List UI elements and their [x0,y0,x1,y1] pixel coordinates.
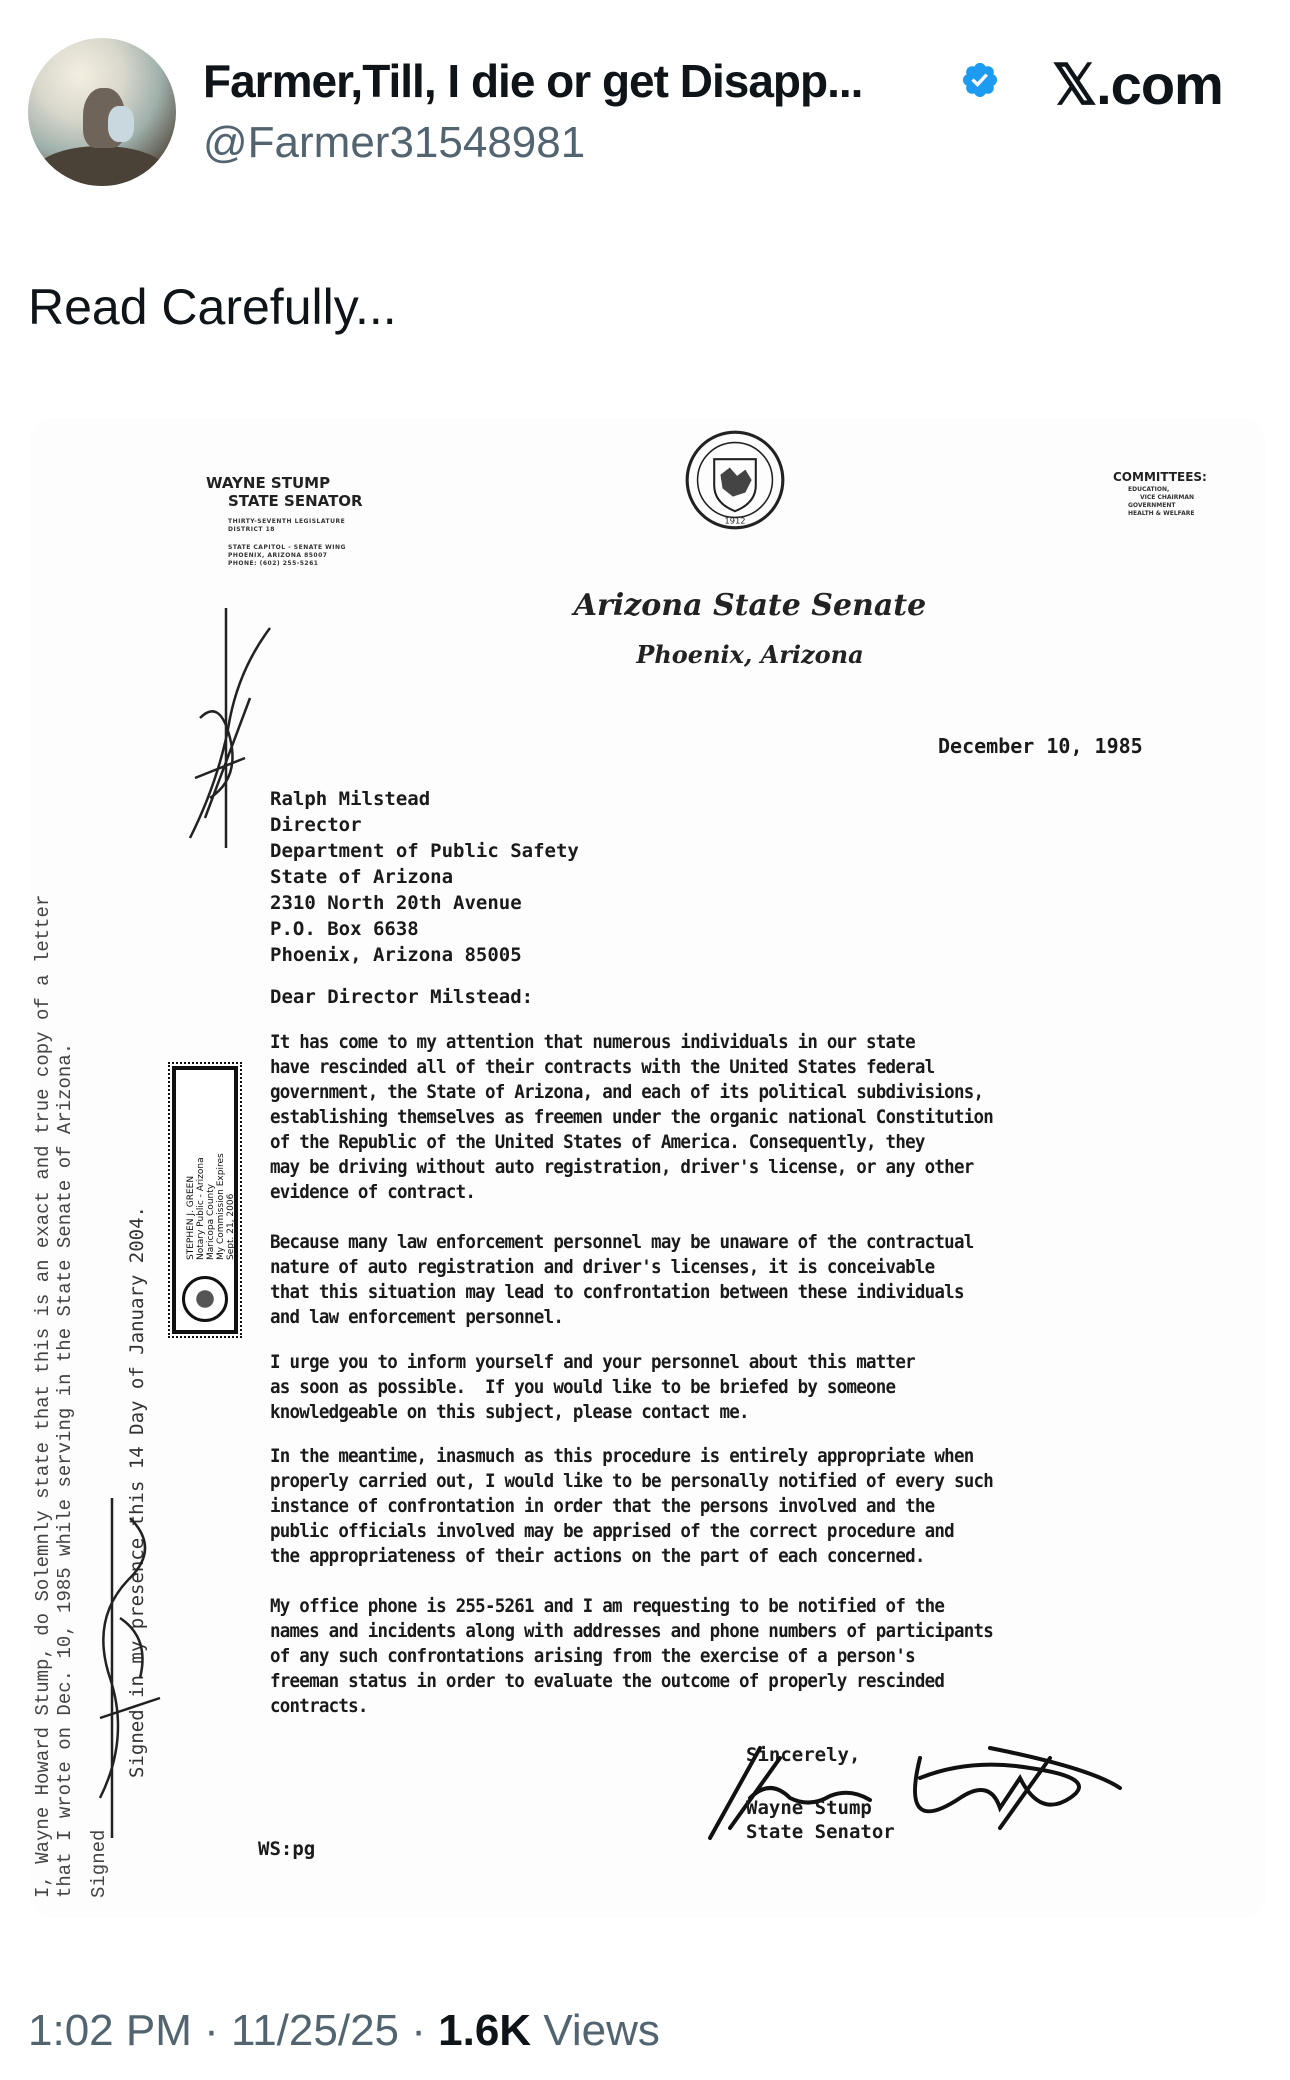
avatar-rock [36,146,166,186]
display-name[interactable]: Farmer,Till, I die or get Disapp... [203,54,862,108]
separator: · [411,2006,426,2055]
letterhead-title: STATE SENATOR [206,492,363,510]
letterhead-name: WAYNE STUMP [206,474,363,492]
notary-stamp-text: STEPHEN J. GREEN Notary Public - Arizona… [186,1153,236,1260]
signer-title: State Senator [746,1820,895,1844]
letterhead-legislature-block: THIRTY-SEVENTH LEGISLATURE DISTRICT 18 [228,518,345,534]
notary-stamp-line: Maricopa County [206,1153,216,1260]
attestation-line-2: that I wrote on Dec. 10, 1985 while serv… [54,895,76,1898]
paragraph-5: My office phone is 255-5261 and I am req… [270,1594,993,1719]
committee-item: EDUCATION, [1128,486,1194,494]
post-text: Read Carefully... [28,278,397,336]
recipient-line: P.O. Box 6638 [270,916,579,942]
letterhead-address-block: STATE CAPITOL - SENATE WING PHOENIX, ARI… [228,544,346,568]
salutation: Dear Director Milstead: [270,986,533,1008]
notary-stamp-line: My Commission Expires [216,1153,226,1260]
attestation-text: I, Wayne Howard Stump, do Solemnly state… [32,895,76,1898]
notary-stamp: STEPHEN J. GREEN Notary Public - Arizona… [172,1066,238,1334]
separator: · [204,2006,219,2055]
signer-name: Wayne Stump [746,1796,895,1820]
signer-block: Wayne Stump State Senator [746,1796,895,1844]
notary-stamp-line: Sept. 21, 2006 [226,1153,236,1260]
post-meta: 1:02 PM · 11/25/25 · 1.6K Views [28,2006,660,2056]
recipient-line: Phoenix, Arizona 85005 [270,942,579,968]
recipient-line: State of Arizona [270,864,579,890]
notary-seal-icon [182,1276,228,1322]
committee-item: HEALTH & WELFARE [1128,510,1194,518]
views-count: 1.6K [438,2006,531,2055]
committee-item: GOVERNMENT [1128,502,1194,510]
author-handle[interactable]: @Farmer31548981 [203,118,585,168]
letterhead-legislature: THIRTY-SEVENTH LEGISLATURE [228,518,345,526]
avatar[interactable] [28,38,176,186]
verified-badge-icon [960,60,1000,100]
senate-location: Phoenix, Arizona [550,640,950,669]
letter-image[interactable]: WAYNE STUMP STATE SENATOR THIRTY-SEVENTH… [30,418,1266,1918]
recipient-line: 2310 North 20th Avenue [270,890,579,916]
recipient-address: Ralph Milstead Director Department of Pu… [270,786,579,968]
letter-date: December 10, 1985 [938,734,1143,758]
recipient-line: Director [270,812,579,838]
avatar-figure-shirt [108,106,134,142]
letterhead-office: STATE CAPITOL - SENATE WING [228,544,346,552]
paragraph-3: I urge you to inform yourself and your p… [270,1350,915,1425]
paragraph-2: Because many law enforcement personnel m… [270,1230,974,1330]
notary-stamp-line: STEPHEN J. GREEN [186,1153,196,1260]
letterhead-city: PHOENIX, ARIZONA 85007 [228,552,346,560]
typist-initials: WS:pg [258,1838,315,1860]
svg-text:1912: 1912 [724,516,745,526]
notary-stamp-line: Notary Public - Arizona [196,1153,206,1260]
recipient-line: Ralph Milstead [270,786,579,812]
senate-title: Arizona State Senate [550,588,950,623]
state-seal-icon: 1912 [683,428,787,532]
attestation-signed-label: Signed [88,1830,110,1898]
letterhead-sender: WAYNE STUMP STATE SENATOR [206,474,363,510]
views-label: Views [543,2006,660,2055]
x-logo[interactable]: 𝕏.com [1052,52,1223,118]
post-date[interactable]: 11/25/25 [231,2006,399,2055]
paragraph-1: It has come to my attention that numerou… [270,1030,993,1205]
committee-item: VICE CHAIRMAN [1128,494,1194,502]
post-time[interactable]: 1:02 PM [28,2006,192,2055]
senator-signature [670,1718,1130,1858]
recipient-line: Department of Public Safety [270,838,579,864]
notary-line: Signed in my presence this 14 Day of Jan… [126,1206,148,1778]
committees-label: COMMITTEES: [1113,470,1207,484]
paragraph-4: In the meantime, inasmuch as this proced… [270,1444,993,1569]
letterhead-district: DISTRICT 18 [228,526,345,534]
letterhead-phone: PHONE: (602) 255-5261 [228,560,346,568]
attestation-line-1: I, Wayne Howard Stump, do Solemnly state… [32,895,54,1898]
committees-list: EDUCATION, VICE CHAIRMAN GOVERNMENT HEAL… [1128,486,1194,518]
